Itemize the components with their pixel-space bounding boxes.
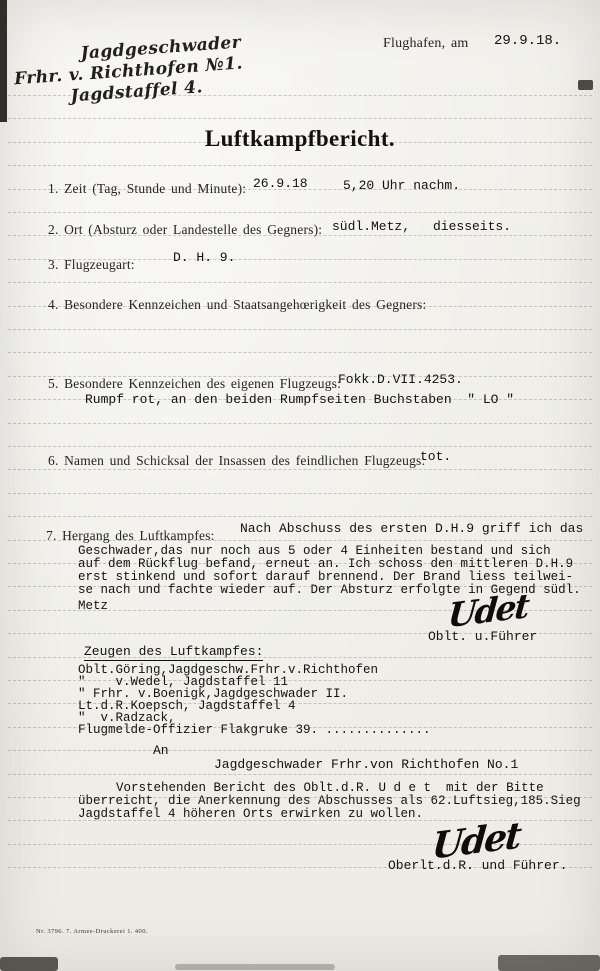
scan-edge-left <box>0 0 7 122</box>
dateline-date: 29.9.18. <box>494 33 561 49</box>
dotted-rule <box>8 493 592 494</box>
field-zeit-date: 26.9.18 <box>253 176 308 191</box>
addressee-unit: Jagdgeschwader Frhr.von Richthofen No.1 <box>214 757 518 772</box>
scan-mark-top-right <box>578 80 593 90</box>
scan-smudge-bottom-right <box>498 955 600 971</box>
dotted-rule <box>8 282 592 283</box>
hergang-line: Metz <box>78 599 108 613</box>
dotted-rule <box>8 329 592 330</box>
letterhead: Jagdgeschwader Frhr. v. Richthofen №1. J… <box>12 32 256 112</box>
dotted-rule <box>8 423 592 424</box>
closing-line: überreicht, die Anerkennung des Abschuss… <box>78 794 581 808</box>
witness-row: Flugmelde-Offizier Flakgruke 39. .......… <box>78 723 431 737</box>
hergang-line: erst stinkend und sofort darauf brennend… <box>78 570 573 584</box>
dotted-rule <box>8 469 592 470</box>
hergang-line: Geschwader,das nur noch aus 5 oder 4 Ein… <box>78 544 551 558</box>
closing-line: Jagdstaffel 4 höheren Orts erwirken zu w… <box>78 807 423 821</box>
field-zeit-label: 1. Zeit (Tag, Stunde und Minute): <box>48 181 246 197</box>
closing-line: Vorstehenden Bericht des Oblt.d.R. U d e… <box>116 781 544 795</box>
dotted-rule <box>8 774 592 775</box>
field-kennzeichen-eigen-label: 5. Besondere Kennzeichen des eigenen Flu… <box>48 376 341 392</box>
dateline-label: Flughafen, am <box>383 36 468 52</box>
dotted-rule <box>8 516 592 517</box>
field-insassen-label: 6. Namen und Schicksal der Insassen des … <box>48 453 425 469</box>
signature-bottom-caption: Oberlt.d.R. und Führer. <box>388 858 567 873</box>
signature-top-caption: Oblt. u.Führer <box>428 629 537 644</box>
field-ort-label: 2. Ort (Absturz oder Landestelle des Geg… <box>48 222 322 238</box>
dotted-rule <box>8 446 592 447</box>
hergang-line-first: Nach Abschuss des ersten D.H.9 griff ich… <box>240 521 583 536</box>
page-title: Luftkampfbericht. <box>0 126 600 152</box>
dotted-rule <box>8 118 592 119</box>
field-zeit-time: 5,20 Uhr nachm. <box>343 178 460 193</box>
scan-smudge-bottom-mid <box>175 964 335 970</box>
witnesses-heading: Zeugen des Luftkampfes: <box>84 644 263 661</box>
printers-note: Nr. 3796. 7. Armee-Druckerei 1. 400. <box>36 928 148 935</box>
field-kennzeichen-gegner-label: 4. Besondere Kennzeichen und Staatsangeh… <box>48 297 426 313</box>
scanned-report-page: Jagdgeschwader Frhr. v. Richthofen №1. J… <box>0 0 600 971</box>
field-hergang-label: 7. Hergang des Luftkampfes: <box>46 528 215 544</box>
field-kennzeichen-eigen-value: Fokk.D.VII.4253. <box>338 372 463 387</box>
field-flugzeugart-label: 3. Flugzeugart: <box>48 257 135 273</box>
field-insassen-value: tot. <box>420 449 451 464</box>
field-ort-value2: diesseits. <box>433 219 511 234</box>
field-kennzeichen-eigen-value2: Rumpf rot, an den beiden Rumpfseiten Buc… <box>85 392 514 407</box>
dotted-rule <box>8 750 592 751</box>
addressee-an: An <box>153 743 169 758</box>
field-flugzeugart-value: D. H. 9. <box>173 250 235 265</box>
dotted-rule <box>8 352 592 353</box>
dotted-rule <box>8 212 592 213</box>
hergang-line: auf dem Rückflug befand, erneut an. Ich … <box>78 557 573 571</box>
scan-smudge-bottom-left <box>0 957 58 971</box>
field-ort-value1: südl.Metz, <box>332 219 410 234</box>
dotted-rule <box>8 165 592 166</box>
